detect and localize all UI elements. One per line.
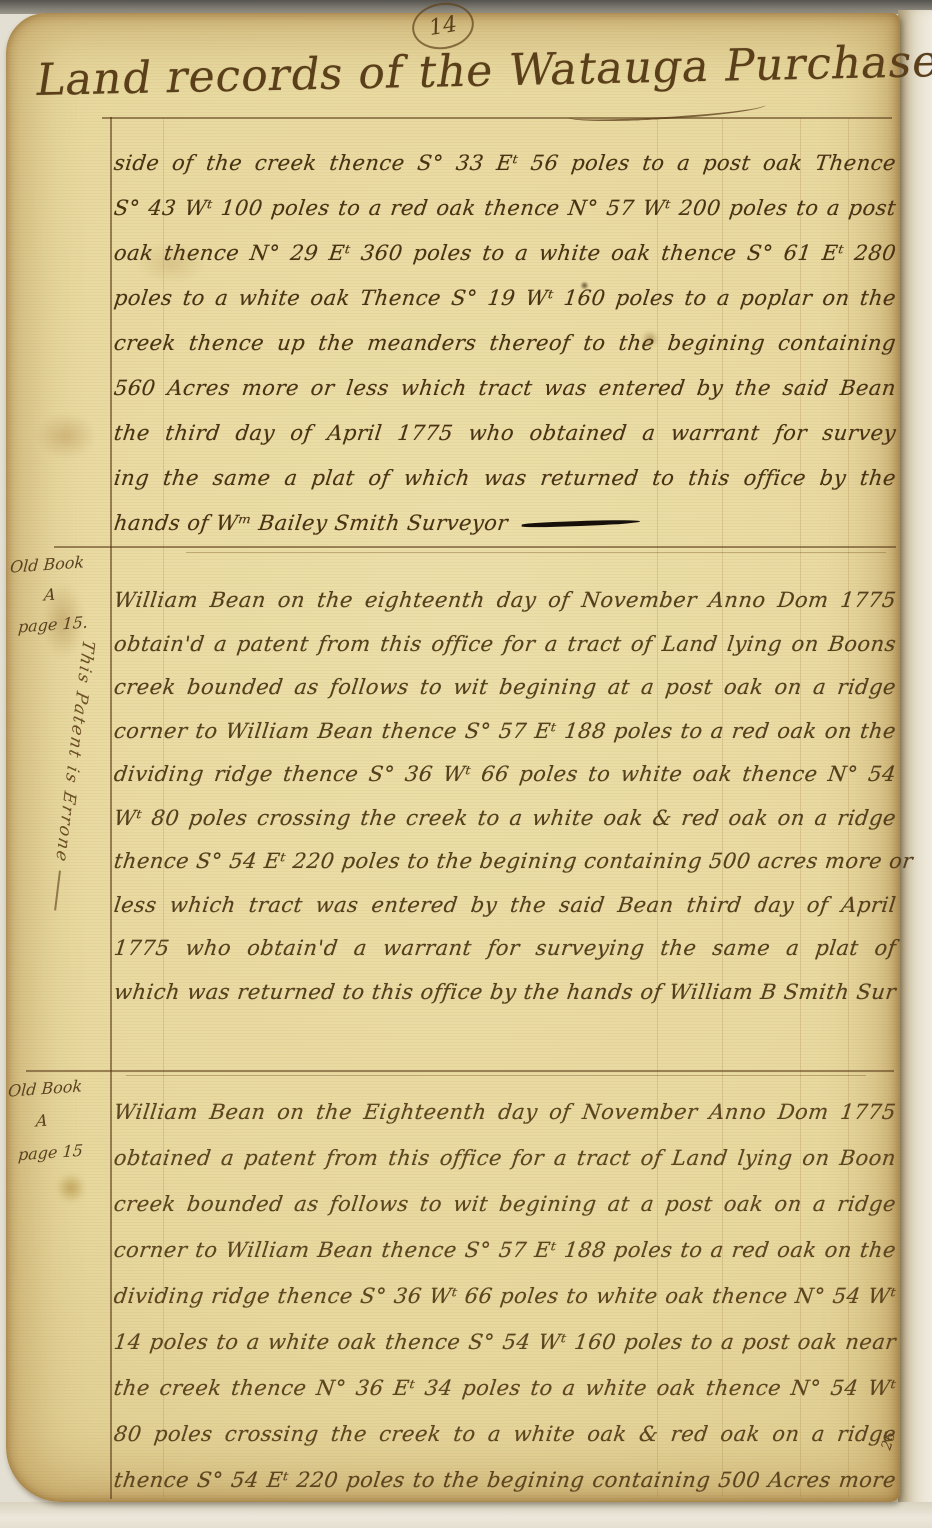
margin-rule xyxy=(110,117,112,1499)
margin-note-volume: A xyxy=(35,1111,48,1131)
paper-stain xyxy=(56,1173,86,1203)
title-underline-flourish xyxy=(568,98,767,124)
manuscript-line: thence S° 54 Eᵗ 220 poles to the beginin… xyxy=(111,840,898,884)
manuscript-line: 14 poles to a white oak thence S° 54 Wᵗ … xyxy=(111,1319,899,1365)
scan-edge-bottom xyxy=(0,1502,932,1528)
manuscript-line: corner to William Bean thence S° 57 Eᵗ 1… xyxy=(111,710,898,754)
manuscript-line: William Bean on the Eighteenth day of No… xyxy=(111,1089,899,1135)
manuscript-line: dividing ridge thence S° 36 Wᵗ 66 poles … xyxy=(111,1273,899,1319)
manuscript-line: ing the same a plat of which was returne… xyxy=(111,456,899,501)
manuscript-line: creek thence up the meanders thereof to … xyxy=(111,321,899,366)
manuscript-line: corner to William Bean thence S° 57 Eᵗ 1… xyxy=(111,1227,899,1273)
paper-stain xyxy=(36,413,96,459)
section-divider-echo xyxy=(186,552,886,553)
manuscript-line: Wᵗ 80 poles crossing the creek to a whit… xyxy=(111,797,898,841)
margin-note-book: Old Book xyxy=(9,552,84,576)
manuscript-line: S° 43 Wᵗ 100 poles to a red oak thence N… xyxy=(111,186,899,231)
manuscript-line: oak thence N° 29 Eᵗ 360 poles to a white… xyxy=(111,231,899,276)
folio-number-text: 14 xyxy=(427,11,459,40)
manuscript-line: poles to a white oak Thence S° 19 Wᵗ 160… xyxy=(111,276,899,321)
manuscript-line: which was returned to this office by the… xyxy=(111,971,898,1015)
margin-note-book: Old Book xyxy=(7,1076,82,1100)
manuscript-line: 560 Acres more or less which tract was e… xyxy=(111,366,899,411)
margin-note-page: page 15. xyxy=(17,612,88,636)
manuscript-line: dividing ridge thence S° 36 Wᵗ 66 poles … xyxy=(111,753,898,797)
record-entry-1: side of the creek thence S° 33 Eᵗ 56 pol… xyxy=(114,141,896,546)
manuscript-line: obtain'd a patent from this office for a… xyxy=(111,623,898,667)
manuscript-page: 14 Land records of the Watauga Purchase … xyxy=(6,13,900,1502)
margin-note-page: page 15 xyxy=(17,1141,83,1165)
manuscript-line: 80 poles crossing the creek to a white o… xyxy=(111,1411,899,1457)
manuscript-line: 1775 who obtain'd a warrant for surveyin… xyxy=(111,927,898,971)
manuscript-line: creek bounded as follows to wit begining… xyxy=(111,1181,899,1227)
manuscript-line: hands of Wᵐ Bailey Smith Surveyor xyxy=(111,501,899,546)
record-entry-2: William Bean on the eighteenth day of No… xyxy=(114,579,896,1014)
adjacent-page-edge xyxy=(898,10,932,1528)
ink-flourish xyxy=(521,519,640,528)
margin-note-erroneous: This Patent is Errone xyxy=(35,638,98,1001)
manuscript-line: obtained a patent from this office for a… xyxy=(111,1135,899,1181)
manuscript-line: less which tract was entered by the said… xyxy=(111,884,898,928)
manuscript-line: William Bean on the eighteenth day of No… xyxy=(111,579,898,623)
section-divider-echo xyxy=(126,1075,866,1076)
manuscript-line-text: hands of Wᵐ Bailey Smith Surveyor xyxy=(113,511,510,535)
record-entry-3: William Bean on the Eighteenth day of No… xyxy=(114,1089,896,1503)
margin-note-volume: A xyxy=(43,585,56,605)
manuscript-line: side of the creek thence S° 33 Eᵗ 56 pol… xyxy=(111,141,899,186)
section-divider xyxy=(54,546,896,548)
manuscript-line: thence S° 54 Eᵗ 220 poles to the beginin… xyxy=(111,1457,899,1503)
header-rule xyxy=(102,117,892,119)
page-title: Land records of the Watauga Purchase xyxy=(32,39,800,106)
manuscript-line: creek bounded as follows to wit begining… xyxy=(111,666,898,710)
manuscript-line: the creek thence N° 36 Eᵗ 34 poles to a … xyxy=(111,1365,899,1411)
section-divider xyxy=(26,1070,894,1072)
manuscript-line: the third day of April 1775 who obtained… xyxy=(111,411,899,456)
